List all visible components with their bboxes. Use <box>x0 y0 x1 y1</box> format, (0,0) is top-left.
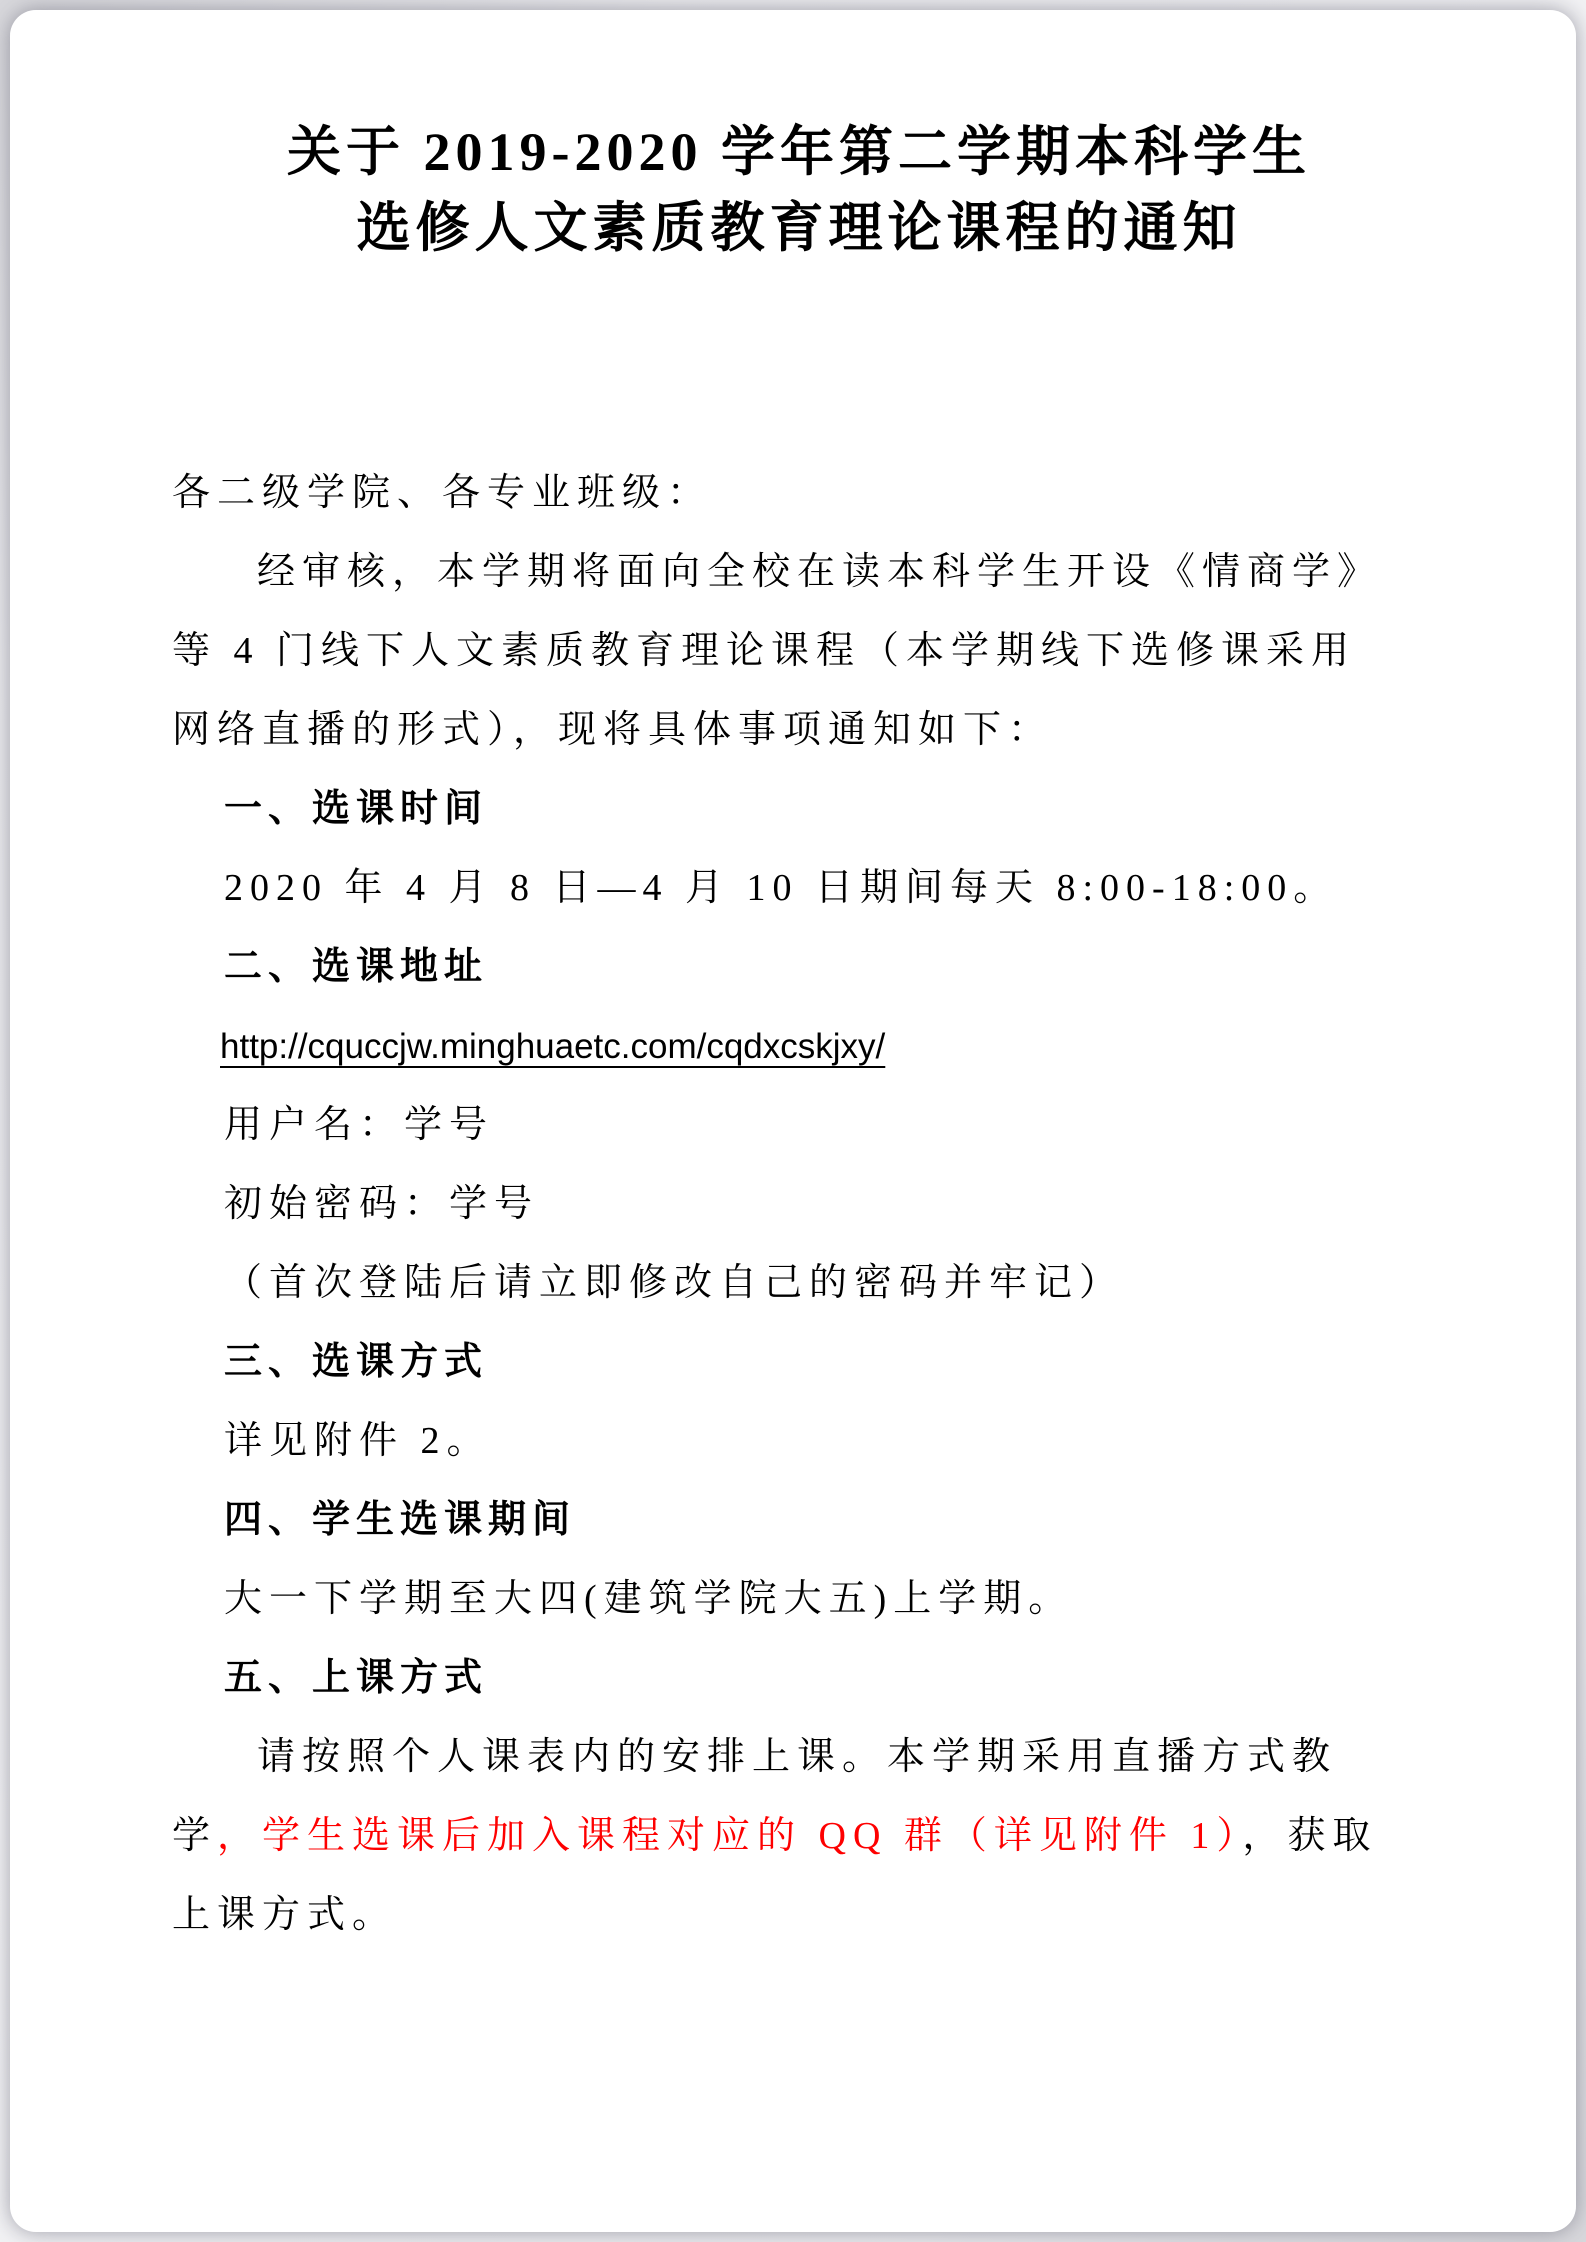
page-frame: 关于 2019-2020 学年第二学期本科学生 选修人文素质教育理论课程的通知 … <box>0 0 1586 2242</box>
document-title: 关于 2019-2020 学年第二学期本科学生 选修人文素质教育理论课程的通知 <box>172 114 1426 266</box>
section3-body: 详见附件 2。 <box>172 1402 1426 1481</box>
enrollment-url-line: http://cquccjw.minghuaetc.com/cqdxcskjxy… <box>172 1007 1426 1086</box>
section5-line-1: 请按照个人课表内的安排上课。本学期采用直播方式教 <box>172 1718 1426 1797</box>
title-line-2: 选修人文素质教育理论课程的通知 <box>172 190 1426 266</box>
section4-body: 大一下学期至大四(建筑学院大五)上学期。 <box>172 1560 1426 1639</box>
section3-heading: 三、选课方式 <box>172 1323 1426 1402</box>
intro-line-1: 经审核，本学期将面向全校在读本科学生开设《情商学》 <box>172 533 1426 612</box>
section4-heading: 四、学生选课期间 <box>172 1481 1426 1560</box>
section2-password: 初始密码：学号 <box>172 1165 1426 1244</box>
enrollment-url-link[interactable]: http://cquccjw.minghuaetc.com/cqdxcskjxy… <box>220 1027 885 1066</box>
section5-line2-black-tail: ，获取 <box>1242 1815 1377 1857</box>
section5-heading: 五、上课方式 <box>172 1639 1426 1718</box>
section5-line-3: 上课方式。 <box>172 1876 1426 1955</box>
document-page: 关于 2019-2020 学年第二学期本科学生 选修人文素质教育理论课程的通知 … <box>10 10 1576 2232</box>
section5-line2-red-highlight: ，学生选课后加入课程对应的 QQ 群（详见附件 1） <box>217 1815 1242 1857</box>
notice-document: 关于 2019-2020 学年第二学期本科学生 选修人文素质教育理论课程的通知 … <box>172 114 1426 1955</box>
section2-username: 用户名：学号 <box>172 1086 1426 1165</box>
section1-body: 2020 年 4 月 8 日—4 月 10 日期间每天 8:00-18:00。 <box>172 849 1426 928</box>
salutation: 各二级学院、各专业班级： <box>172 454 1426 533</box>
section1-heading: 一、选课时间 <box>172 770 1426 849</box>
intro-line-2: 等 4 门线下人文素质教育理论课程（本学期线下选修课采用 <box>172 612 1426 691</box>
section2-heading: 二、选课地址 <box>172 928 1426 1007</box>
section5-line2-black-prefix: 学 <box>172 1815 217 1857</box>
section5-line-2: 学，学生选课后加入课程对应的 QQ 群（详见附件 1），获取 <box>172 1797 1426 1876</box>
intro-line-3: 网络直播的形式），现将具体事项通知如下： <box>172 691 1426 770</box>
title-line-1: 关于 2019-2020 学年第二学期本科学生 <box>172 114 1426 190</box>
section2-note: （首次登陆后请立即修改自己的密码并牢记） <box>172 1244 1426 1323</box>
